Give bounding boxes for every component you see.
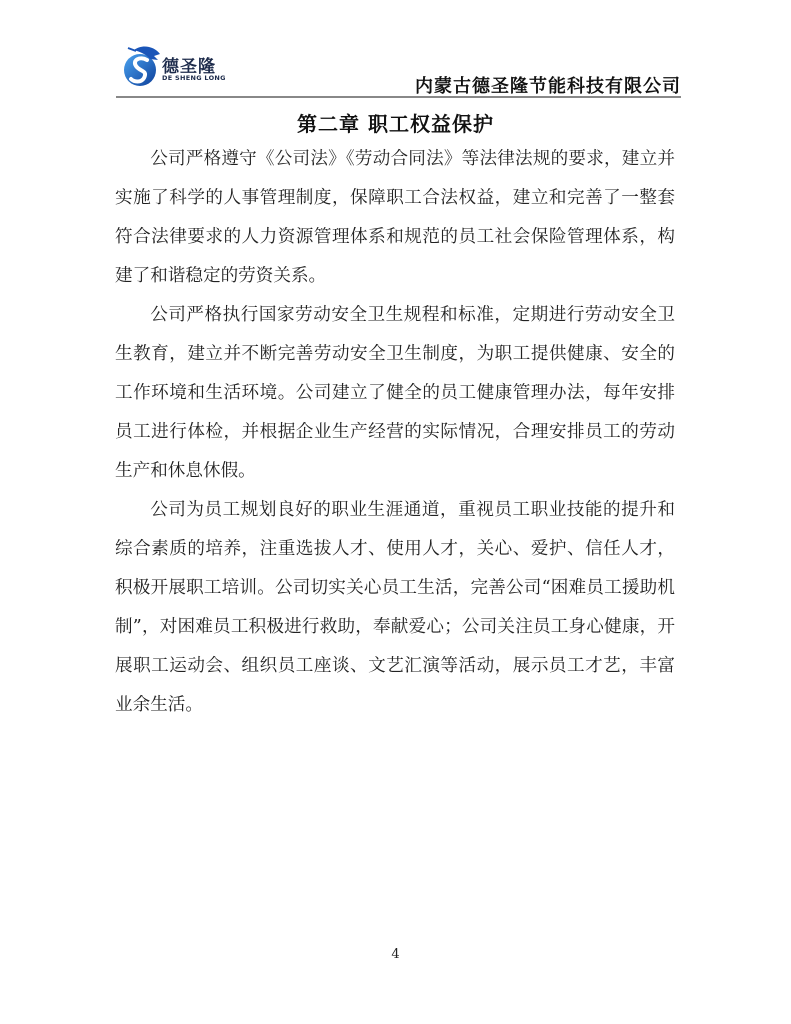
document-body: 公司严格遵守《公司法》《劳动合同法》等法律法规的要求，建立并实施了科学的人事管理… bbox=[115, 140, 675, 725]
paragraph: 公司严格执行国家劳动安全卫生规程和标准，定期进行劳动安全卫生教育，建立并不断完善… bbox=[115, 296, 675, 491]
chapter-title: 第二章 职工权益保护 bbox=[0, 108, 791, 137]
dragon-s-logo-icon bbox=[120, 42, 164, 88]
page-number: 4 bbox=[0, 947, 791, 962]
header-divider bbox=[116, 96, 681, 98]
company-logo: 德圣隆 DE SHENG LONG bbox=[120, 42, 230, 92]
company-name-header: 内蒙古德圣隆节能科技有限公司 bbox=[415, 72, 681, 98]
paragraph: 公司为员工规划良好的职业生涯通道，重视员工职业技能的提升和综合素质的培养，注重选… bbox=[115, 491, 675, 725]
logo-english-name: DE SHENG LONG bbox=[162, 74, 226, 82]
paragraph: 公司严格遵守《公司法》《劳动合同法》等法律法规的要求，建立并实施了科学的人事管理… bbox=[115, 140, 675, 296]
